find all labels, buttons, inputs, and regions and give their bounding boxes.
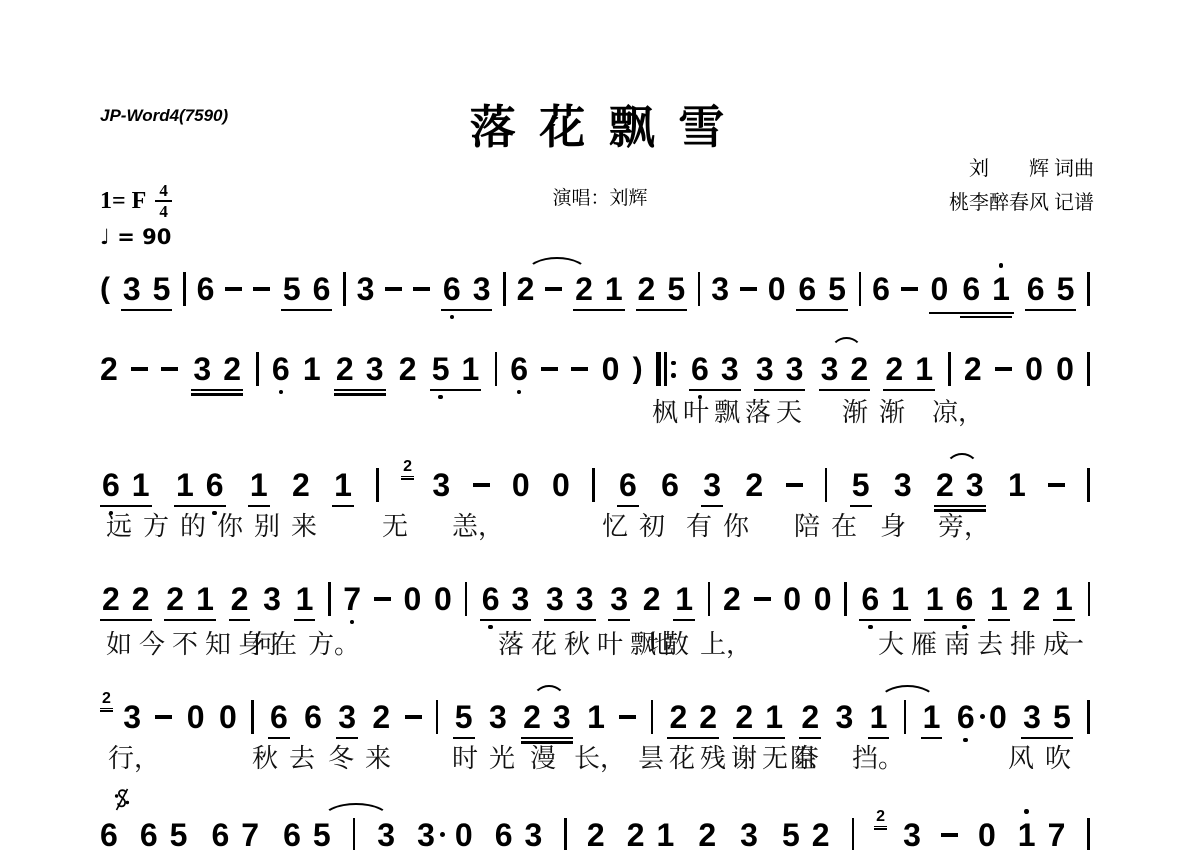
rest-note: 0 [602, 352, 620, 386]
duration-dash [571, 367, 588, 371]
lyrics-line: 远方的你别来无恙，忆初有你陪在身旁， [100, 510, 1100, 546]
duration-dash [131, 367, 148, 371]
note-digit: 2 [336, 352, 354, 386]
note-digit: 5 [828, 272, 846, 306]
beam-group: 61 [960, 272, 1012, 309]
beam-group: 32 [819, 352, 871, 391]
note-digit: 3 [512, 582, 530, 616]
lyric-segment: 行， [108, 742, 160, 776]
note-digit: 6 [861, 582, 879, 616]
lyric-segment: 渐渐 [842, 396, 916, 430]
note-digit: 6 [872, 272, 890, 306]
note-digit: 1 [990, 582, 1008, 616]
note-digit: 1 [891, 582, 909, 616]
note-digit: 3 [821, 352, 839, 386]
beam-group: 1 [673, 582, 695, 621]
barline [1087, 818, 1090, 850]
note-digit: 1 [675, 582, 693, 616]
duration-dash [740, 287, 757, 291]
rest-note: 0 [1056, 352, 1074, 386]
rest-note: 0 [989, 700, 1007, 734]
barline [564, 818, 567, 850]
rest-note: 0 [404, 582, 422, 616]
barline [465, 582, 468, 616]
note-digit: 3 [1023, 700, 1041, 734]
beam-group: 65 [138, 818, 190, 850]
duration-dash [541, 367, 558, 371]
duration-dash [995, 367, 1012, 371]
note-digit: 3 [711, 272, 729, 306]
note-digit: 5 [432, 352, 450, 386]
lyric-segment: 远方的你别来 [106, 510, 328, 544]
note-digit: 5 [1057, 272, 1075, 306]
note-digit: 6 [495, 818, 513, 850]
barline [256, 352, 259, 386]
quarter-note-icon: ♩ [100, 225, 110, 249]
note-digit: 6 [283, 818, 301, 850]
tie-arc [830, 337, 864, 353]
duration-dash [901, 287, 918, 291]
beam-group: 67 [209, 818, 261, 850]
beam-group: 1 [332, 468, 354, 507]
duration-dash [754, 597, 771, 601]
beam-group: 1 [248, 468, 270, 507]
repeat-dots [671, 361, 676, 378]
note-digit: 6 [691, 352, 709, 386]
song-title: 落 花 飘 雪 [0, 100, 1200, 156]
duration-dash [545, 287, 562, 291]
lyric-segment: 恙， [452, 510, 504, 544]
beam-group: 65 [796, 272, 848, 311]
note-digit: 5 [782, 818, 800, 850]
note-digit: 3 [377, 818, 395, 850]
barline [852, 818, 855, 850]
note-digit: 2 [638, 272, 656, 306]
beam-group: 3 [336, 700, 358, 739]
note-digit: 3 [740, 818, 758, 850]
beam-group: 1 [921, 700, 943, 739]
barline [328, 582, 331, 616]
rest-note: 0 [187, 700, 205, 734]
note-digit: 1 [303, 352, 321, 386]
beam-group: 21 [883, 352, 935, 391]
repeat-start-sign [656, 352, 676, 386]
credit-lyricist: 刘 辉 词曲 [949, 152, 1094, 186]
beam-group: 25 [636, 272, 688, 311]
note-digit: 1 [765, 700, 783, 734]
beam-group: 21 [164, 582, 216, 621]
barline [1087, 272, 1090, 306]
barline [592, 468, 595, 502]
lyric-segment: 有你 [686, 510, 760, 544]
note-digit: 1 [1008, 468, 1026, 502]
music-line: 232612325160)63333221200 [100, 352, 1090, 391]
note-digit: 6 [798, 272, 816, 306]
lyric-segment: 无 [382, 510, 408, 544]
note-digit: 6 [206, 468, 224, 502]
beam-group: 16 [924, 582, 976, 621]
duration-dash [941, 833, 958, 837]
note-digit: 1 [132, 468, 150, 502]
note-digit: 6 [100, 818, 118, 850]
lyric-segment: 身 [880, 510, 906, 544]
augmentation-dot [440, 832, 445, 837]
beam-group: 65 [1025, 272, 1077, 311]
barline [1087, 352, 1090, 386]
beam-group: 2 [696, 818, 718, 850]
augmentation-dot [980, 714, 985, 719]
note-digit: 1 [926, 582, 944, 616]
note-digit: 6 [197, 272, 215, 306]
lyric-segment: 上， [700, 628, 752, 662]
note-digit: 1 [462, 352, 480, 386]
tie-arc [526, 257, 588, 273]
note-digit: 2 [292, 468, 310, 502]
grace-note: 2 [874, 808, 887, 827]
duration-dash [161, 367, 178, 371]
duration-dash [155, 715, 172, 719]
low-octave-dot [350, 620, 355, 625]
note-digit: 6 [443, 272, 461, 306]
note-digit: 6 [304, 700, 322, 734]
beam-group: 61 [859, 582, 911, 621]
duration-dash [374, 597, 391, 601]
note-digit: 3 [721, 352, 739, 386]
time-signature-bottom: 4 [155, 203, 172, 220]
music-line: (35656363221253065606165 [100, 272, 1090, 314]
note-digit: 1 [196, 582, 214, 616]
barline [353, 818, 356, 850]
note-digit: 1 [1018, 818, 1036, 850]
low-octave-dot [279, 390, 284, 395]
beam-group: 61 [100, 468, 152, 507]
beam-group: 63 [441, 272, 493, 311]
note-digit: 5 [153, 272, 171, 306]
lyric-segment: 时光 [452, 742, 526, 776]
key-label: 1= F [100, 186, 146, 216]
note-digit: 1 [992, 272, 1010, 306]
note-digit: 3 [366, 352, 384, 386]
note-digit: 2 [399, 352, 417, 386]
lyric-segment: 陪在 [794, 510, 868, 544]
tie-arc [945, 453, 979, 469]
note-digit: 3 [417, 818, 435, 850]
barline [376, 468, 379, 502]
lyric-segment: 挡。 [852, 742, 904, 776]
lyric-segment: 冬来 [328, 742, 402, 776]
lyric-segment: 一 [1058, 628, 1084, 662]
lyrics-line: 行，秋去冬来时光漫长，昙花残谢无奈阻挡。风吹 [100, 742, 1100, 778]
barline [708, 582, 711, 616]
lyric-segment: 长， [574, 742, 626, 776]
note-digit: 1 [1055, 582, 1073, 616]
note-digit: 3 [836, 700, 854, 734]
note-digit: 2 [223, 352, 241, 386]
note-digit: 3 [903, 818, 921, 850]
segno-icon [114, 788, 130, 816]
note-digit: 3 [610, 582, 628, 616]
rest-note: 0 [814, 582, 832, 616]
beam-group: 35 [1021, 700, 1073, 739]
note-digit: 5 [667, 272, 685, 306]
duration-dash [619, 715, 636, 719]
note-digit: 3 [546, 582, 564, 616]
barline [183, 272, 186, 306]
note-digit: 2 [523, 700, 541, 734]
barline [251, 700, 254, 734]
tie-arc [532, 685, 566, 701]
note-digit: 2 [575, 272, 593, 306]
note-digit: 2 [850, 352, 868, 386]
beam-group: 65 [281, 818, 333, 850]
lyric-segment: 漫 [530, 742, 556, 776]
music-line: 222123170063333212006116121 [100, 582, 1090, 621]
beam-group: 22 [100, 582, 152, 621]
note-digit: 1 [870, 700, 888, 734]
beam-group: 32 [191, 352, 243, 391]
note-digit: 6 [272, 352, 290, 386]
note-digit: 2 [132, 582, 150, 616]
beam-group: 51 [430, 352, 482, 391]
beam-group: 16 [174, 468, 226, 507]
note-digit: 2 [100, 352, 118, 386]
duration-dash [385, 287, 402, 291]
note-digit: 1 [587, 700, 605, 734]
singer-label: 演唱：刘辉 [0, 186, 1200, 212]
rest-note: 0 [978, 818, 996, 850]
repeat-thin-bar [664, 352, 667, 386]
beam-group: 5 [850, 468, 872, 507]
note-digit: 7 [343, 582, 361, 616]
repeat-thick-bar [656, 352, 661, 386]
beam-group: 5 [453, 700, 475, 739]
time-signature-top: 4 [155, 182, 172, 202]
rest-note: 0 [219, 700, 237, 734]
note-digit: 6 [510, 352, 528, 386]
note-digit: 6 [270, 700, 288, 734]
parenthesis: ( [100, 272, 110, 306]
barline [436, 700, 439, 734]
beam-group: 2 [799, 700, 821, 739]
key-signature: 1= F 4 4 [100, 182, 172, 220]
note-digit: 2 [812, 818, 830, 850]
beam-group: 21 [733, 700, 785, 739]
rest-note: 0 [455, 818, 473, 850]
note-digit: 5 [852, 468, 870, 502]
note-digit: 2 [735, 700, 753, 734]
lyrics-line: 枫叶飘落天渐渐凉， [100, 396, 1100, 432]
low-octave-dot [517, 390, 522, 395]
barline [859, 272, 862, 306]
duration-dash [786, 483, 803, 487]
beam-group: 33 [544, 582, 596, 621]
note-digit: 2 [166, 582, 184, 616]
note-digit: 2 [745, 468, 763, 502]
repeat-dot [671, 361, 676, 366]
note-digit: 2 [102, 582, 120, 616]
barline [495, 352, 498, 386]
beam-group: 6 [617, 468, 639, 507]
note-digit: 5 [1053, 700, 1071, 734]
note-digit: 1 [296, 582, 314, 616]
beam-group: 1 [294, 582, 316, 621]
lyric-segment: 大雁南去排成 [878, 628, 1076, 662]
lyric-segment: 风吹 [1008, 742, 1082, 776]
beam-group: 63 [480, 582, 532, 621]
barline [904, 700, 907, 734]
barline [651, 700, 654, 734]
rest-note: 0 [768, 272, 786, 306]
note-digit: 3 [489, 700, 507, 734]
duration-dash [253, 287, 270, 291]
note-digit: 5 [455, 700, 473, 734]
beam-group: 63 [689, 352, 741, 391]
beam-group: 56 [281, 272, 333, 311]
lyric-segment: 枫叶飘落天 [652, 396, 807, 430]
high-octave-dot [999, 263, 1004, 268]
note-digit: 2 [698, 818, 716, 850]
note-digit: 2 [723, 582, 741, 616]
beam-group: 2 [229, 582, 251, 621]
time-signature: 4 4 [155, 182, 172, 220]
beam-group: 3 [701, 468, 723, 507]
note-digit: 2 [964, 352, 982, 386]
sheet-music-page: JP-Word4(7590) 落 花 飘 雪 刘 辉 词曲 桃李醉春风 记谱 演… [0, 0, 1200, 850]
barline [1087, 468, 1090, 502]
note-digit: 3 [357, 272, 375, 306]
beam-group: 1 [868, 700, 890, 739]
beam-group: 1 [988, 582, 1010, 621]
rest-note: 0 [783, 582, 801, 616]
lyric-segment: 阻 [790, 742, 816, 776]
note-digit: 6 [102, 468, 120, 502]
note-digit: 2 [669, 700, 687, 734]
note-digit: 2 [1023, 582, 1041, 616]
note-digit: 1 [923, 700, 941, 734]
beam-group: 3 [375, 818, 397, 850]
grace-note: 2 [401, 458, 414, 477]
parenthesis: ) [633, 352, 643, 386]
note-digit: 3 [894, 468, 912, 502]
note-digit: 3 [338, 700, 356, 734]
lyrics-line: 如今不知身在何方。落花秋叶飘散地上，大雁南去排成一 [100, 628, 1100, 664]
beam-group: 21 [625, 818, 677, 850]
music-line: 2300663253231222123116035 [100, 700, 1090, 739]
note-digit: 1 [176, 468, 194, 502]
note-digit: 1 [250, 468, 268, 502]
beam-group: 21 [573, 272, 625, 311]
note-digit: 3 [703, 468, 721, 502]
note-digit: 6 [313, 272, 331, 306]
note-digit: 6 [482, 582, 500, 616]
note-digit: 3 [525, 818, 543, 850]
high-octave-dot [1024, 809, 1029, 814]
barline [844, 582, 847, 616]
note-digit: 2 [372, 700, 390, 734]
note-digit: 2 [231, 582, 249, 616]
beam-group: 3 [608, 582, 630, 621]
music-line: 61161212300663253231 [100, 468, 1090, 507]
tempo-marking: ♩ = 90 [100, 224, 171, 250]
note-digit: 1 [334, 468, 352, 502]
barline [825, 468, 828, 502]
beam-group: 33 [754, 352, 806, 391]
repeat-dot [671, 373, 676, 378]
beam-group: 3 [738, 818, 760, 850]
note-digit: 2 [517, 272, 535, 306]
tie-arc [322, 803, 390, 819]
beam-group: 52 [780, 818, 832, 850]
note-digit: 6 [962, 272, 980, 306]
barline [948, 352, 951, 386]
note-digit: 3 [786, 352, 804, 386]
note-digit: 6 [1027, 272, 1045, 306]
note-digit: 3 [193, 352, 211, 386]
note-digit: 3 [756, 352, 774, 386]
beam-group: 23 [521, 700, 573, 739]
note-digit: 2 [699, 700, 717, 734]
barline [698, 272, 701, 306]
note-digit: 7 [1048, 818, 1066, 850]
note-digit: 5 [313, 818, 331, 850]
note-digit: 3 [432, 468, 450, 502]
barline [343, 272, 346, 306]
note-digit: 1 [657, 818, 675, 850]
note-digit: 6 [661, 468, 679, 502]
note-digit: 7 [241, 818, 259, 850]
note-digit: 2 [885, 352, 903, 386]
note-digit: 6 [619, 468, 637, 502]
note-digit: 6 [956, 582, 974, 616]
rest-note: 0 [434, 582, 452, 616]
lyric-segment: 秋去 [252, 742, 326, 776]
lyric-segment: 何 [252, 628, 278, 662]
beam-group: 6 [268, 700, 290, 739]
note-digit: 6 [957, 700, 975, 734]
rest-note: 0 [1025, 352, 1043, 386]
note-digit: 3 [553, 700, 571, 734]
note-digit: 3 [966, 468, 984, 502]
lyric-segment: 地 [648, 628, 674, 662]
tie-arc [879, 685, 936, 701]
beam-group: 1 [1053, 582, 1075, 621]
duration-dash [1048, 483, 1065, 487]
barline [1087, 700, 1090, 734]
rest-note: 0 [512, 468, 530, 502]
beam-group: 17 [1016, 818, 1068, 850]
note-digit: 2 [936, 468, 954, 502]
beam-group: 061 [929, 272, 1014, 314]
note-digit: 6 [140, 818, 158, 850]
note-digit: 5 [283, 272, 301, 306]
beam-group: 35 [121, 272, 173, 311]
beam-group: 22 [667, 700, 719, 739]
lyric-segment: 忆初 [602, 510, 676, 544]
duration-dash [473, 483, 490, 487]
note-digit: 2 [801, 700, 819, 734]
note-digit: 3 [576, 582, 594, 616]
duration-dash [413, 287, 430, 291]
barline [503, 272, 506, 306]
lyric-segment: 凉， [932, 396, 984, 430]
low-octave-dot [450, 315, 455, 320]
note-digit: 3 [473, 272, 491, 306]
note-digit: 2 [643, 582, 661, 616]
note-digit: 1 [915, 352, 933, 386]
tempo-value: = 90 [117, 225, 171, 249]
note-digit: 6 [211, 818, 229, 850]
beam-group: 63 [493, 818, 545, 850]
